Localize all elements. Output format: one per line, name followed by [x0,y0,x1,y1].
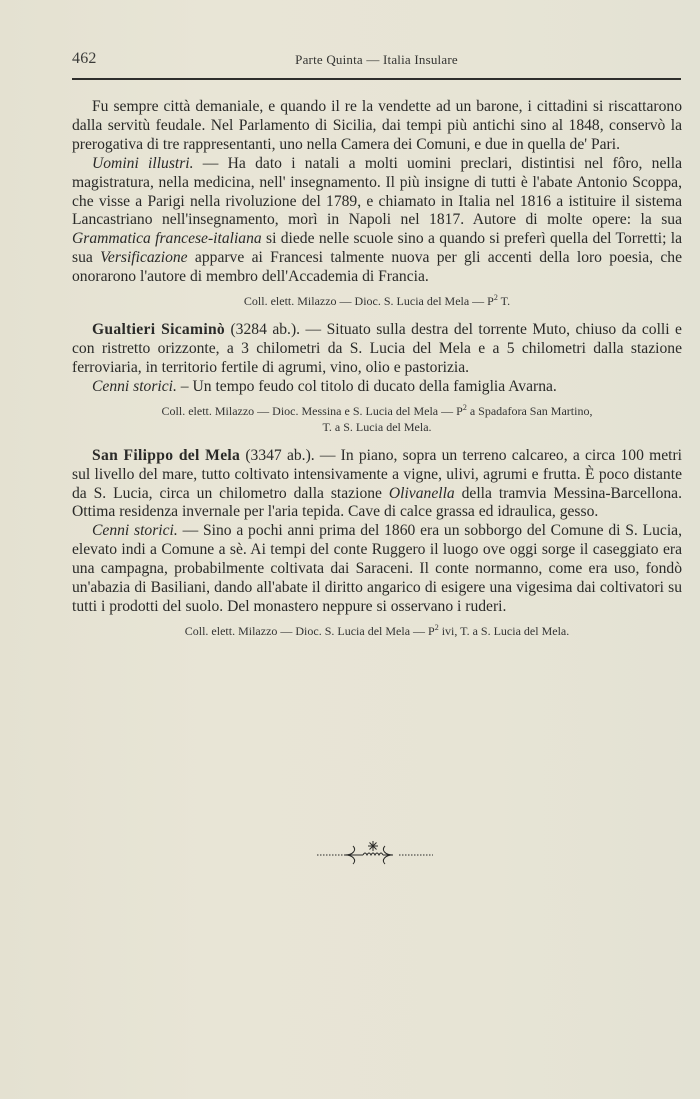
entry-gualtieri-sicamino: Gualtieri Sicaminò (3284 ab.). — Situato… [72,321,682,378]
running-header: 462 Parte Quinta — Italia Insulare [72,50,681,72]
section-label-cenni-storici: Cenni storici. [92,522,178,539]
work-title-grammatica: Grammatica francese-italiana [72,230,262,247]
entry-san-filippo-del-mela: San Filippo del Mela (3347 ab.). — In pi… [72,447,682,523]
header-rule [72,78,681,80]
paragraph-city-history: Fu sempre città demaniale, e quando il r… [72,98,682,155]
diocese-note: Coll. elett. Milazzo — Dioc. S. Lucia de… [72,293,682,309]
entry-history: Cenni storici. — Sino a pochi anni prima… [72,522,682,617]
diocese-note: Coll. elett. Milazzo — Dioc. S. Lucia de… [72,623,682,639]
entry-name: San Filippo del Mela [92,447,240,464]
station-name: Olivanella [389,485,455,502]
section-label-uomini-illustri: Uomini illustri. [92,155,194,172]
body-text: Fu sempre città demaniale, e quando il r… [72,98,682,647]
page: 462 Parte Quinta — Italia Insulare Fu se… [0,0,700,1099]
running-title: Parte Quinta — Italia Insulare [72,52,681,68]
entry-name: Gualtieri Sicaminò [92,321,225,338]
printer-fleuron-ornament-icon [315,838,445,868]
paragraph-notable-people: Uomini illustri. — Ha dato i natali a mo… [72,155,682,287]
diocese-note: Coll. elett. Milazzo — Dioc. Messina e S… [72,403,682,435]
work-title-versificazione: Versificazione [100,249,188,266]
section-label-cenni-storici: Cenni storici. [92,378,177,395]
entry-history: Cenni storici. – Un tempo feudo col tito… [72,378,682,397]
